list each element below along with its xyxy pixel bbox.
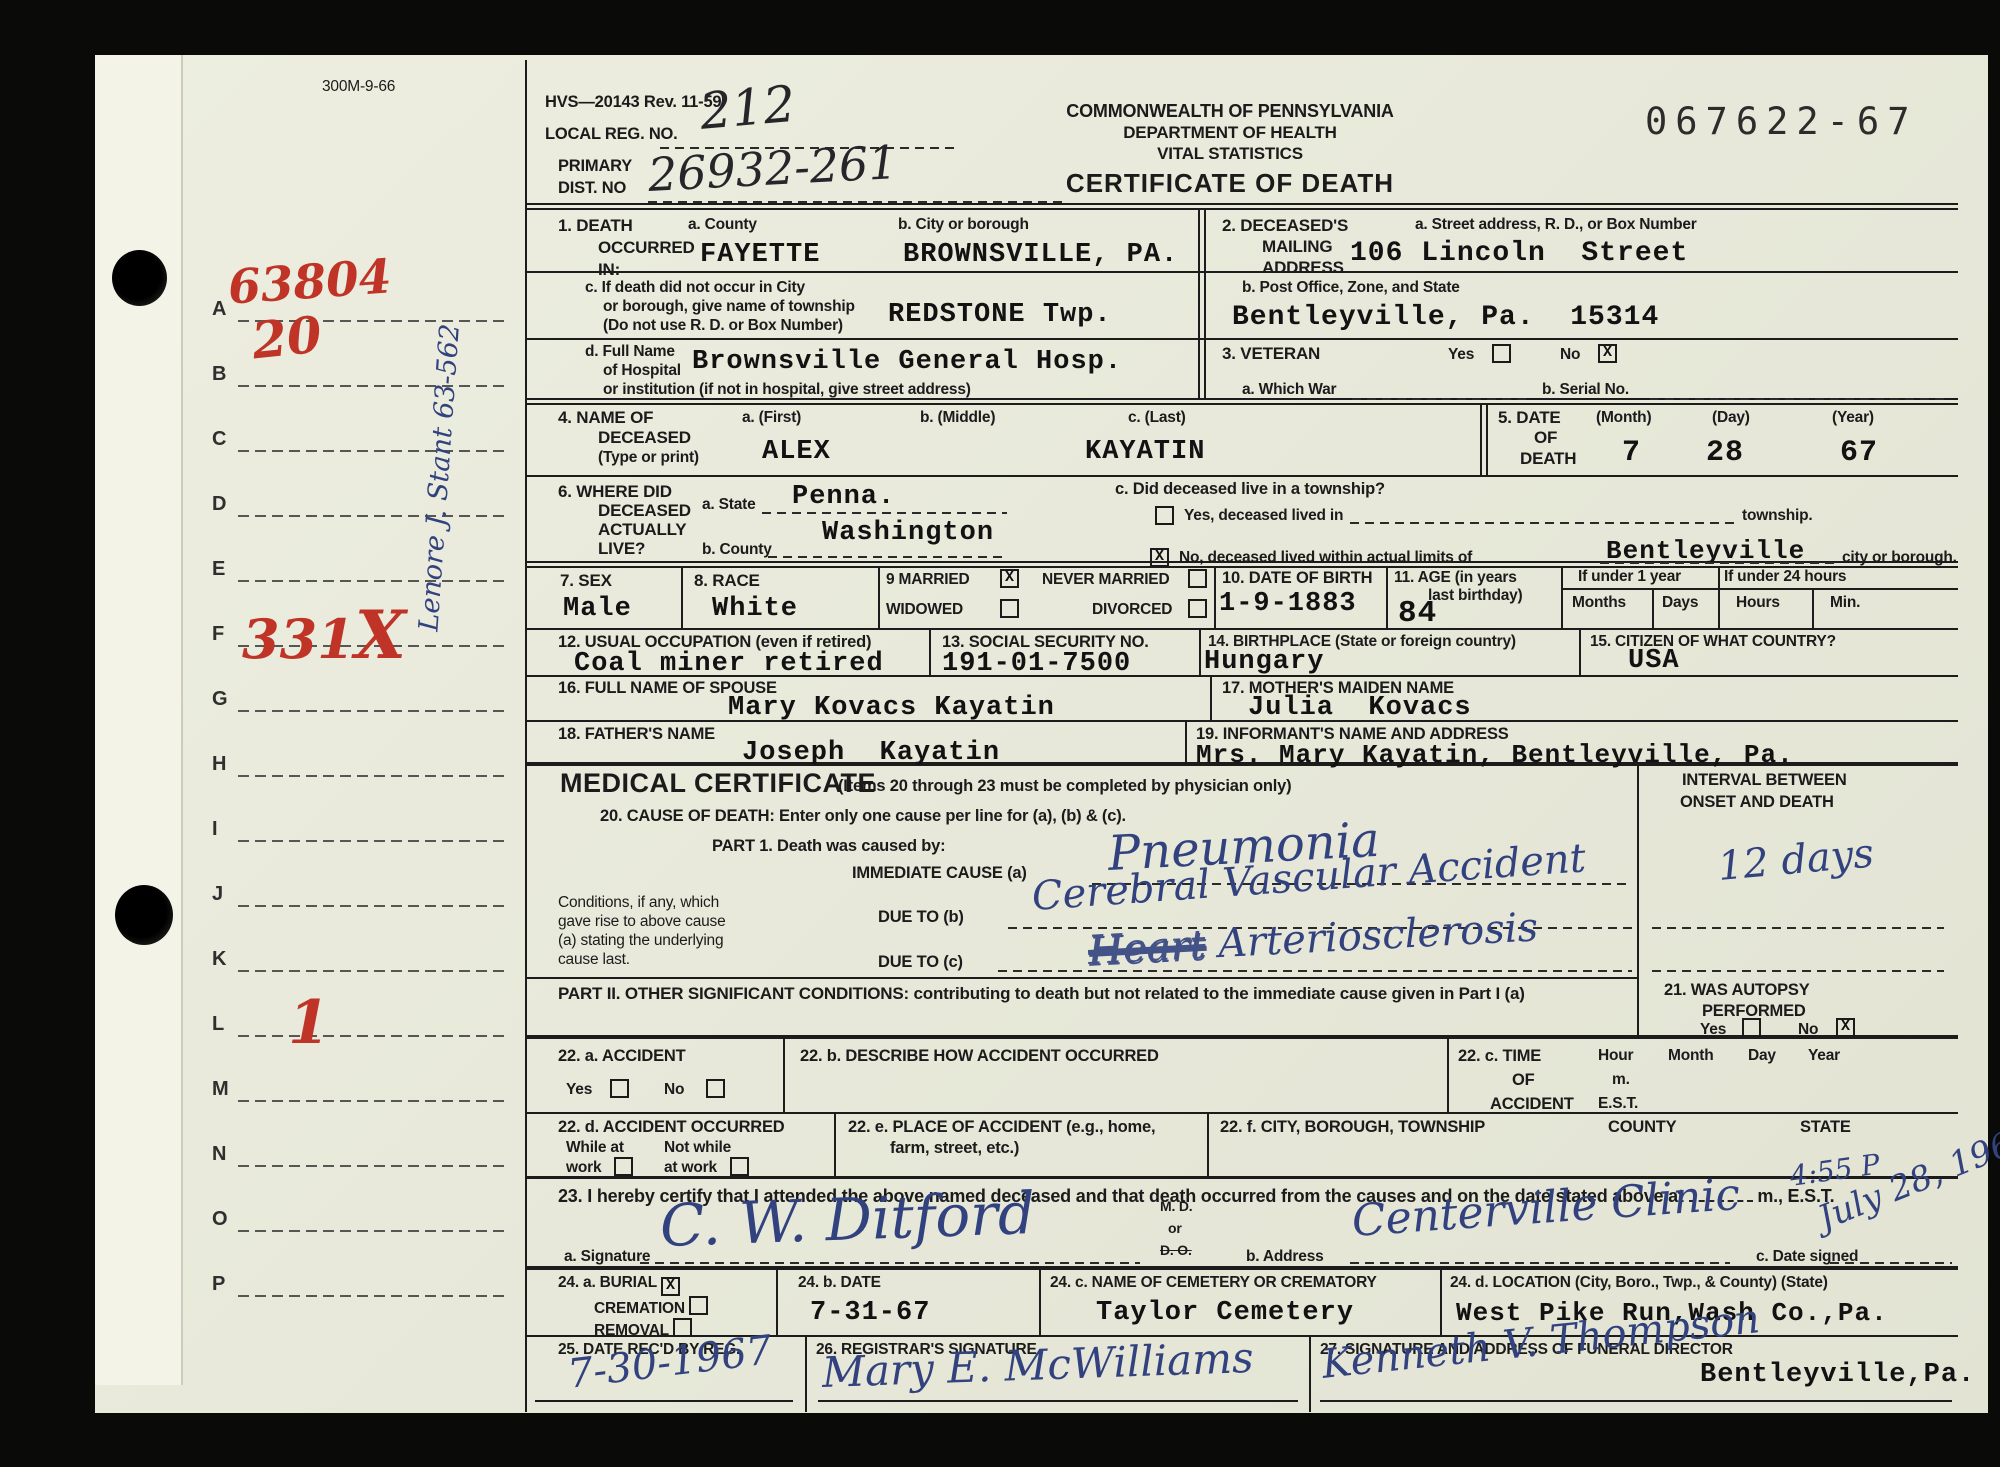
death-day-value: 28	[1706, 436, 1744, 470]
s5-head: DEATH	[1520, 449, 1576, 469]
township-note: (Do not use R. D. or Box Number)	[603, 317, 843, 335]
cause-of-death-label: 20. CAUSE OF DEATH: Enter only one cause…	[600, 807, 1126, 826]
lived-township-yes-checkbox	[1155, 506, 1174, 525]
last-name-label: c. (Last)	[1128, 409, 1186, 427]
removal-label: REMOVAL	[594, 1318, 692, 1340]
divider-line	[1812, 588, 1814, 628]
commonwealth-line: COMMONWEALTH OF PENNSYLVANIA	[1000, 101, 1460, 122]
index-letter: A	[212, 298, 226, 321]
local-reg-label: LOCAL REG. NO.	[545, 125, 678, 144]
widowed-label: WIDOWED	[886, 601, 963, 619]
medical-certificate-note: (Items 20 through 23 must be completed b…	[838, 777, 1291, 796]
index-line	[238, 905, 505, 907]
burial-date-label: 24. b. DATE	[798, 1274, 881, 1292]
divider-line	[929, 628, 931, 675]
index-line	[238, 775, 505, 777]
dashed-line	[1352, 398, 1532, 400]
divider-line	[1447, 1035, 1449, 1112]
veteran-no-checkbox: X	[1598, 344, 1617, 363]
form-number: HVS—20143 Rev. 11-59	[545, 93, 721, 112]
index-letter: B	[212, 363, 226, 386]
post-office-label: b. Post Office, Zone, and State	[1242, 279, 1460, 297]
while-at-work-checkbox	[614, 1157, 633, 1176]
interval-label: INTERVAL BETWEEN	[1682, 771, 1847, 790]
rule-line	[1320, 1400, 1952, 1402]
under-24-hours-label: If under 24 hours	[1724, 568, 1846, 586]
rule-line	[525, 1176, 1958, 1179]
married-checkbox: X	[1000, 569, 1019, 588]
physician-signature: C. W. Ditford	[659, 1179, 1036, 1260]
s1-head: OCCURRED	[598, 238, 695, 258]
s6-head: ACTUALLY	[598, 520, 686, 540]
city-borough-suffix: city or borough.	[1842, 549, 1957, 567]
autopsy-label: 21. WAS AUTOPSY	[1664, 981, 1810, 1000]
hospital-label: of Hospital	[603, 362, 681, 380]
department-line: DEPARTMENT OF HEALTH	[1000, 123, 1460, 143]
not-while-at-work-label: Not while	[664, 1139, 731, 1157]
rule-line	[525, 977, 1637, 979]
veteran-label: 3. VETERAN	[1222, 344, 1320, 364]
primary-label: PRIMARY	[558, 157, 632, 176]
sex-label: 7. SEX	[560, 571, 612, 591]
not-while-at-work-checkbox	[730, 1157, 749, 1176]
rule-line	[1561, 588, 1958, 590]
death-month-value: 7	[1622, 436, 1641, 470]
dob-value: 1-9-1883	[1219, 589, 1357, 619]
print-code: 300M-9-66	[322, 78, 395, 96]
married-label: 9 MARRIED	[886, 571, 969, 589]
dob-label: 10. DATE OF BIRTH	[1222, 569, 1372, 588]
index-letter: P	[212, 1273, 225, 1296]
margin-red-number: 1	[288, 988, 330, 1058]
margin-blue-note: Lenore J. Stant 63-562	[462, 128, 493, 638]
index-line	[238, 1295, 505, 1297]
dashed-line	[1830, 1262, 1952, 1264]
rule-line	[525, 208, 1958, 210]
dashed-line	[1350, 522, 1738, 524]
cemetery-location-label: 24. d. LOCATION (City, Boro., Twp., & Co…	[1450, 1274, 1828, 1292]
last-name-value: KAYATIN	[1085, 437, 1205, 467]
divider-line	[1199, 628, 1201, 675]
md-label: M. D.	[1160, 1198, 1192, 1214]
city-label: b. City or borough	[898, 216, 1029, 234]
birthplace-value: Hungary	[1204, 647, 1324, 677]
occupation-value: Coal miner retired	[574, 649, 884, 679]
hospital-label: or institution (if not in hospital, give…	[603, 381, 971, 399]
divider-line	[834, 1112, 836, 1176]
certificate-title: CERTIFICATE OF DEATH	[1000, 168, 1460, 199]
spouse-value: Mary Kovacs Kayatin	[728, 693, 1055, 723]
age-label: last birthday)	[1428, 587, 1523, 605]
s4-head: DECEASED	[598, 428, 691, 448]
under-1-year-label: If under 1 year	[1578, 568, 1681, 586]
veteran-yes-label: Yes	[1448, 346, 1474, 364]
divider-line	[776, 1266, 778, 1335]
township-note: or borough, give name of township	[603, 298, 855, 316]
conditions-note: gave rise to above cause	[558, 913, 726, 931]
dashed-line	[1652, 927, 1944, 929]
father-label: 18. FATHER'S NAME	[558, 725, 715, 744]
death-year-value: 67	[1840, 436, 1878, 470]
autopsy-yes-checkbox	[1742, 1018, 1761, 1037]
citizen-value: USA	[1628, 646, 1680, 676]
veteran-no-label: No	[1560, 346, 1580, 364]
place-of-accident-label: farm, street, etc.)	[890, 1139, 1019, 1158]
accident-yes-checkbox	[610, 1079, 629, 1098]
punch-hole-top	[112, 250, 167, 306]
rule-line	[818, 1400, 1298, 1402]
while-at-work-label: While at	[566, 1139, 624, 1157]
address-label: b. Address	[1246, 1248, 1324, 1266]
middle-name-label: b. (Middle)	[920, 409, 995, 427]
dashed-line	[648, 201, 1068, 203]
residence-county-value: Washington	[822, 518, 994, 548]
divider-line	[1561, 566, 1563, 628]
dashed-line	[1600, 562, 1838, 564]
accident-yes-label: Yes	[566, 1081, 592, 1099]
hospital-label: d. Full Name	[585, 343, 675, 361]
post-office-value: Bentleyville, Pa. 15314	[1232, 302, 1659, 333]
dist-no-label: DIST. NO	[558, 179, 626, 198]
never-married-checkbox	[1188, 569, 1207, 588]
conditions-note: cause last.	[558, 951, 630, 969]
lived-township-no-label: No, deceased lived within actual limits …	[1179, 549, 1472, 567]
hours-label: Hours	[1736, 594, 1780, 612]
index-letter: O	[212, 1208, 228, 1231]
first-name-label: a. (First)	[742, 409, 801, 427]
index-line	[238, 840, 505, 842]
divider-line	[1579, 628, 1581, 675]
time-of-accident-label: 22. c. TIME	[1458, 1047, 1541, 1066]
part2-label: PART II. OTHER SIGNIFICANT CONDITIONS: c…	[558, 984, 1525, 1004]
index-letter: E	[212, 558, 225, 581]
hospital-value: Brownsville General Hosp.	[692, 347, 1122, 377]
autopsy-no-label: No	[1798, 1021, 1818, 1039]
s2-head: 2. DECEASED'S	[1222, 216, 1348, 236]
s5-head: 5. DATE	[1498, 408, 1561, 428]
scanned-death-certificate: 300M-9-66 A B C D E F G H I J K L M N O …	[0, 0, 2000, 1467]
lived-township-yes-label: Yes, deceased lived in	[1184, 507, 1343, 525]
dashed-line	[1652, 970, 1944, 972]
dashed-line	[1650, 398, 1950, 400]
sex-value: Male	[563, 594, 632, 624]
due-to-b-label: DUE TO (b)	[878, 908, 964, 927]
s6-head: DECEASED	[598, 501, 691, 521]
index-letter: M	[212, 1078, 229, 1101]
dashed-line	[640, 1262, 1140, 1264]
index-letter: F	[212, 623, 224, 646]
day-label: (Day)	[1712, 409, 1750, 427]
burial-checkbox: X	[661, 1277, 680, 1296]
hour-label: Hour	[1598, 1047, 1633, 1065]
divider-line	[1652, 588, 1654, 628]
dashed-line	[1350, 1262, 1730, 1264]
lived-township-no-checkbox: X	[1150, 548, 1169, 567]
certificate-stamp-number: 067622-67	[1645, 100, 1917, 143]
index-letter: D	[212, 493, 226, 516]
index-letter: L	[212, 1013, 224, 1036]
widowed-checkbox	[1000, 599, 1019, 618]
cemetery-value: Taylor Cemetery	[1096, 1298, 1354, 1328]
vital-statistics-line: VITAL STATISTICS	[1000, 144, 1460, 164]
county-label: a. County	[688, 216, 757, 234]
divider-line	[805, 1335, 807, 1412]
rule-line	[525, 628, 1958, 630]
county-value: FAYETTE	[700, 240, 820, 270]
mother-value: Julia Kovacs	[1248, 693, 1472, 723]
divider-line	[1039, 1266, 1041, 1335]
divider-line	[1486, 403, 1488, 475]
burial-date-value: 7-31-67	[810, 1298, 930, 1328]
index-line	[238, 1100, 505, 1102]
local-reg-value-handwritten: 212	[697, 75, 797, 141]
due-to-c-label: DUE TO (c)	[878, 953, 963, 972]
citizen-label: 15. CITIZEN OF WHAT COUNTRY?	[1590, 633, 1836, 651]
rule-line	[525, 1112, 1958, 1114]
serial-no-label: b. Serial No.	[1542, 381, 1629, 399]
divorced-checkbox	[1188, 599, 1207, 618]
dashed-line	[768, 556, 1008, 558]
accident-occurred-label: 22. d. ACCIDENT OCCURRED	[558, 1118, 785, 1137]
first-name-value: ALEX	[762, 437, 831, 467]
race-label: 8. RACE	[694, 571, 760, 591]
age-label: 11. AGE (in years	[1394, 569, 1517, 587]
index-letter: I	[212, 818, 218, 841]
index-line	[238, 710, 505, 712]
divider-line	[1185, 720, 1187, 762]
divorced-label: DIVORCED	[1092, 601, 1172, 619]
divider-line	[1198, 208, 1200, 400]
s1-head: IN:	[598, 260, 620, 280]
form-left-border	[525, 60, 527, 1412]
race-value: White	[712, 594, 798, 624]
divider-line	[681, 566, 683, 628]
month-col-label: Month	[1668, 1047, 1713, 1065]
rule-line	[525, 475, 1958, 477]
s2-head: MAILING	[1262, 237, 1332, 257]
township-value: REDSTONE Twp.	[888, 300, 1112, 330]
index-letter: J	[212, 883, 223, 906]
punch-hole-bottom	[115, 885, 173, 945]
year-col-label: Year	[1808, 1047, 1840, 1065]
s5-head: OF	[1534, 428, 1557, 448]
index-line	[238, 970, 505, 972]
divider-line	[1718, 566, 1720, 628]
s6-head: LIVE?	[598, 539, 645, 559]
part1-label: PART 1. Death was caused by:	[712, 837, 945, 856]
father-value: Joseph Kayatin	[742, 738, 1000, 768]
accident-no-checkbox	[706, 1079, 725, 1098]
accident-label: 22. a. ACCIDENT	[558, 1047, 686, 1066]
index-letter: N	[212, 1143, 226, 1166]
state-label: a. State	[702, 496, 756, 514]
veteran-yes-checkbox	[1492, 344, 1511, 363]
divider-line	[1207, 1112, 1209, 1176]
cremation-checkbox	[689, 1296, 708, 1315]
ssn-value: 191-01-7500	[942, 649, 1131, 679]
immediate-cause-label: IMMEDIATE CAUSE (a)	[852, 864, 1027, 883]
township-question-label: c. Did deceased live in a township?	[1115, 480, 1385, 499]
dashed-line	[762, 512, 1007, 514]
index-letter: H	[212, 753, 226, 776]
conditions-note: Conditions, if any, which	[558, 894, 719, 912]
funeral-director-address: Bentleyville,Pa.	[1700, 1360, 1975, 1390]
residence-county-label: b. County	[702, 541, 772, 559]
s6-head: 6. WHERE DID	[558, 482, 672, 502]
margin-red-number: 331X	[242, 596, 402, 674]
accident-county-label: COUNTY	[1608, 1118, 1676, 1137]
min-label: Min.	[1830, 594, 1860, 612]
state-value: Penna.	[792, 482, 895, 512]
divider-line	[1480, 403, 1482, 475]
autopsy-no-checkbox: X	[1836, 1018, 1855, 1037]
accident-no-label: No	[664, 1081, 684, 1099]
rule-line	[525, 1266, 1958, 1270]
divider-line	[1204, 208, 1206, 400]
rule-line	[525, 403, 1958, 405]
rule-line	[525, 271, 1958, 273]
index-line	[238, 1035, 505, 1037]
not-while-at-work-label: at work	[664, 1159, 717, 1177]
rule-line	[535, 1400, 793, 1402]
street-label: a. Street address, R. D., or Box Number	[1415, 216, 1697, 234]
signature-label: a. Signature	[564, 1248, 650, 1266]
divider-line	[1386, 566, 1388, 628]
s2-head: ADDRESS	[1262, 258, 1344, 278]
divider-line	[1210, 675, 1212, 720]
divider-line	[878, 566, 880, 628]
or-label: or	[1168, 1220, 1182, 1236]
accident-city-label: 22. f. CITY, BOROUGH, TOWNSHIP	[1220, 1118, 1485, 1137]
s4-head: 4. NAME OF	[558, 408, 653, 428]
conditions-note: (a) stating the underlying	[558, 932, 723, 950]
street-value: 106 Lincoln Street	[1350, 238, 1688, 269]
township-note: c. If death did not occur in City	[585, 279, 805, 297]
do-label: D. O.	[1160, 1242, 1192, 1258]
months-label: Months	[1572, 594, 1626, 612]
index-line	[238, 1230, 505, 1232]
never-married-label: NEVER MARRIED	[1042, 571, 1169, 589]
time-of-accident-label: OF	[1512, 1071, 1535, 1090]
index-letter: K	[212, 948, 226, 971]
s1-head: 1. DEATH	[558, 216, 633, 236]
while-at-work-label: work	[566, 1159, 601, 1177]
divider-line	[783, 1035, 785, 1112]
year-label: (Year)	[1832, 409, 1874, 427]
margin-red-number: 20	[249, 305, 324, 371]
cemetery-label: 24. c. NAME OF CEMETERY OR CREMATORY	[1050, 1274, 1377, 1292]
month-label: (Month)	[1596, 409, 1651, 427]
removal-checkbox	[673, 1318, 692, 1337]
which-war-label: a. Which War	[1242, 381, 1336, 399]
index-letter: G	[212, 688, 228, 711]
autopsy-yes-label: Yes	[1700, 1021, 1726, 1039]
rule-line	[525, 338, 1958, 340]
city-value: BROWNSVILLE, PA.	[903, 240, 1178, 270]
divider-line	[1440, 1266, 1442, 1335]
rule-line	[525, 203, 1958, 205]
time-of-accident-label: ACCIDENT	[1490, 1095, 1574, 1114]
age-value: 84	[1398, 596, 1437, 631]
informant-value: Mrs. Mary Kayatin, Bentleyville, Pa.	[1196, 740, 1794, 770]
index-line	[238, 1165, 505, 1167]
day-col-label: Day	[1748, 1047, 1776, 1065]
accident-state-label: STATE	[1800, 1118, 1851, 1137]
meridiem-label: m.	[1612, 1071, 1630, 1089]
burial-label: 24. a. BURIAL X	[558, 1274, 680, 1296]
describe-accident-label: 22. b. DESCRIBE HOW ACCIDENT OCCURRED	[800, 1047, 1159, 1066]
est-label: E.S.T.	[1598, 1095, 1638, 1113]
township-suffix-label: township.	[1742, 507, 1813, 525]
cremation-label: CREMATION	[594, 1296, 708, 1318]
interval-label: ONSET AND DEATH	[1680, 793, 1834, 812]
s4-head: (Type or print)	[598, 449, 699, 467]
index-letter: C	[212, 428, 226, 451]
days-label: Days	[1662, 594, 1698, 612]
divider-line	[1637, 766, 1639, 1035]
medical-certificate-title: MEDICAL CERTIFICATE	[560, 768, 876, 799]
divider-line	[1309, 1335, 1311, 1412]
divider-line	[1214, 566, 1216, 628]
place-of-accident-label: 22. e. PLACE OF ACCIDENT (e.g., home,	[848, 1118, 1155, 1137]
